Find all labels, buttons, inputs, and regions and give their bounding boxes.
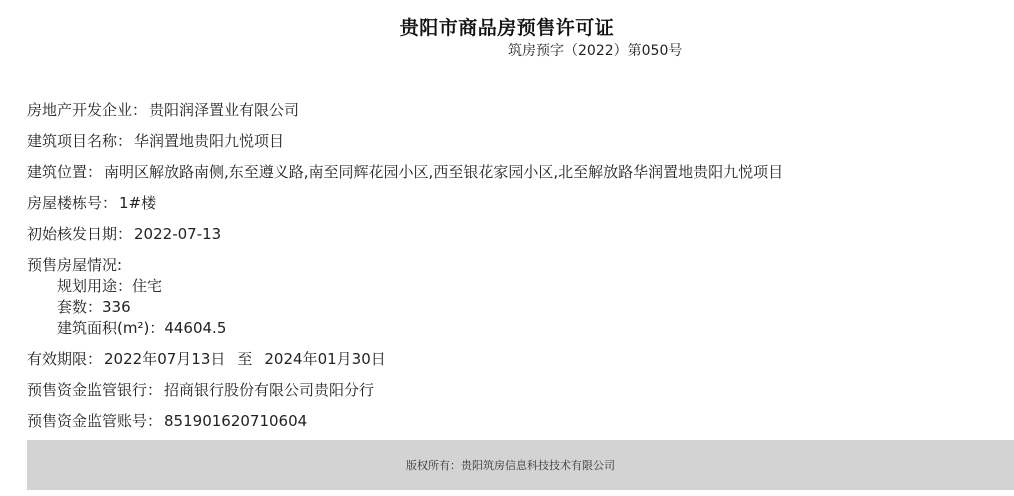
page-title: 贵阳市商品房预售许可证 <box>0 13 1014 40</box>
area-value: 44604.5 <box>164 319 226 337</box>
copyright-text: 版权所有：贵阳筑房信息科技技术有限公司 <box>406 457 615 473</box>
supervising-bank-label: 预售资金监管银行： <box>27 381 162 399</box>
supervising-account-row: 预售资金监管账号：851901620710604 <box>27 411 307 431</box>
supervising-account-value: 851901620710604 <box>164 412 307 430</box>
building-no-value: 1#楼 <box>119 194 156 212</box>
footer: 版权所有：贵阳筑房信息科技技术有限公司 <box>27 440 1014 490</box>
issue-date-label: 初始核发日期： <box>27 225 132 243</box>
validity-row: 有效期限：2022年07月13日至2024年01月30日 <box>27 349 386 369</box>
location-value: 南明区解放路南侧,东至遵义路,南至同辉花园小区,西至银花家园小区,北至解放路华润… <box>104 163 783 181</box>
supervising-account-label: 预售资金监管账号： <box>27 412 162 430</box>
usage-label: 规划用途： <box>57 277 132 295</box>
issue-date-value: 2022-07-13 <box>134 225 221 243</box>
validity-start: 2022年07月13日 <box>104 350 225 368</box>
supervising-bank-row: 预售资金监管银行：招商银行股份有限公司贵阳分行 <box>27 380 374 400</box>
permit-number: 筑房预字（2022）第050号 <box>508 40 682 60</box>
building-no-row: 房屋楼栋号：1#楼 <box>27 193 156 213</box>
developer-label: 房地产开发企业： <box>27 101 147 119</box>
usage-value: 住宅 <box>132 277 162 295</box>
units-label: 套数： <box>57 298 102 316</box>
validity-to: 至 <box>237 349 252 369</box>
units-row: 套数：336 <box>57 297 131 317</box>
project-name-label: 建筑项目名称： <box>27 132 132 150</box>
units-value: 336 <box>102 298 131 316</box>
project-name-value: 华润置地贵阳九悦项目 <box>134 132 284 150</box>
validity-label: 有效期限： <box>27 350 102 368</box>
issue-date-row: 初始核发日期：2022-07-13 <box>27 224 221 244</box>
location-row: 建筑位置：南明区解放路南侧,东至遵义路,南至同辉花园小区,西至银花家园小区,北至… <box>27 162 783 182</box>
presale-status-heading: 预售房屋情况: <box>27 255 122 275</box>
usage-row: 规划用途：住宅 <box>57 276 162 296</box>
supervising-bank-value: 招商银行股份有限公司贵阳分行 <box>164 381 374 399</box>
validity-end: 2024年01月30日 <box>264 350 385 368</box>
building-no-label: 房屋楼栋号： <box>27 194 117 212</box>
developer-row: 房地产开发企业：贵阳润泽置业有限公司 <box>27 100 299 120</box>
permit-page: 贵阳市商品房预售许可证 筑房预字（2022）第050号 房地产开发企业：贵阳润泽… <box>0 0 1014 496</box>
location-label: 建筑位置： <box>27 163 102 181</box>
area-row: 建筑面积(m²)：44604.5 <box>57 318 226 338</box>
project-name-row: 建筑项目名称：华润置地贵阳九悦项目 <box>27 131 284 151</box>
area-label: 建筑面积(m²)： <box>57 319 164 337</box>
developer-value: 贵阳润泽置业有限公司 <box>149 101 299 119</box>
